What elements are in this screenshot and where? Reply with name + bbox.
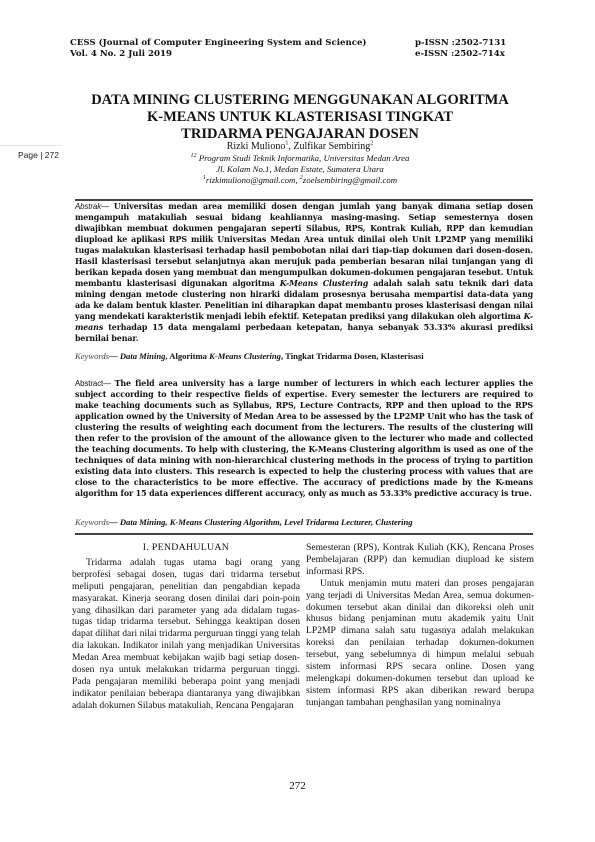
affiliation-text: Program Studi Teknik Informatika, Univer…: [199, 153, 410, 163]
abstract-english-paragraph: Abstract— The field area university has …: [75, 378, 533, 499]
keywords-id-label: Keywords: [75, 351, 109, 361]
keywords-id-term2: K-Means Clustering: [209, 351, 281, 361]
author-2: Zulfikar Sembiring: [293, 141, 370, 152]
keywords-indonesian: Keywords— Data Mining, Algoritma K-Means…: [75, 351, 533, 362]
margin-divider: [0, 145, 62, 146]
margin-page-label: Page | 272: [18, 150, 59, 160]
abstrak-italic-a: K-Means Clustering: [280, 279, 368, 288]
section-heading: I. PENDAHULUAN: [72, 542, 300, 554]
journal-name: CESS (Journal of Computer Engineering Sy…: [70, 38, 366, 49]
keywords-en-terms: Data Mining, K-Means Clustering Algorith…: [120, 517, 413, 527]
e-issn: e-ISSN :2502-714x: [415, 49, 506, 60]
abstrak-text-c: terhadap 15 data mengalami perbedaan ket…: [75, 323, 533, 343]
body-column-right: Semesteran (RPS), Kontrak Kuliah (KK), R…: [306, 542, 534, 709]
email-1[interactable]: rizkimuliono@gmail.com: [206, 175, 295, 185]
keywords-id-rest: , Tingkat Tridarma Dosen, Klasterisasi: [281, 351, 424, 361]
author-block: Rizki Muliono1, Zulfikar Sembiring2 12 P…: [60, 141, 540, 186]
title-line-2: K-MEANS UNTUK KLASTERISASI TINGKAT: [60, 109, 540, 126]
body-column-left: I. PENDAHULUAN Tridarma adalah tugas uta…: [72, 542, 300, 712]
right-paragraph-2: Untuk menjamin mutu materi dan proses pe…: [306, 578, 534, 709]
author-2-sup: 2: [370, 141, 373, 147]
abstrak-label: Abstrak: [75, 202, 101, 211]
keywords-english: Keywords— Data Mining, K-Means Clusterin…: [75, 517, 533, 528]
author-names: Rizki Muliono1, Zulfikar Sembiring2: [60, 141, 540, 153]
abstrak-paragraph: Abstrak— Universitas medan area memiliki…: [75, 201, 533, 344]
abstract-en-label: Abstract: [75, 379, 103, 388]
title-line-1: DATA MINING CLUSTERING MENGGUNAKAN ALGOR…: [60, 92, 540, 109]
right-paragraph-1: Semesteran (RPS), Kontrak Kuliah (KK), R…: [306, 542, 534, 578]
affiliation: 12 Program Studi Teknik Informatika, Uni…: [60, 153, 540, 164]
journal-volume: Vol. 4 No. 2 Juli 2019: [70, 49, 366, 60]
p-issn: p-ISSN :2502-7131: [415, 38, 506, 49]
keywords-en-dash: —: [109, 517, 120, 527]
email-2[interactable]: zoelsembiring@gmail.com: [303, 175, 397, 185]
abstrak-dash: —: [101, 202, 114, 211]
affiliation-sup: 12: [191, 153, 197, 159]
keywords-id-sep: , Algoritma: [165, 351, 209, 361]
abstrak-text-a: Universitas medan area memiliki dosen de…: [75, 202, 533, 288]
abstract-bottom-rule: [75, 533, 533, 535]
abstract-en-dash: —: [103, 379, 114, 388]
keywords-id-term1: Data Mining: [120, 351, 166, 361]
paper-title: DATA MINING CLUSTERING MENGGUNAKAN ALGOR…: [60, 92, 540, 143]
address: Jl. Kolam No.1, Medan Estate, Sumatera U…: [60, 164, 540, 175]
abstract-en-text: The field area university has a large nu…: [75, 379, 533, 498]
emails: 1rizkimuliono@gmail.com, 2zoelsembiring@…: [60, 175, 540, 186]
issn-info: p-ISSN :2502-7131 e-ISSN :2502-714x: [415, 38, 506, 60]
keywords-en-label: Keywords: [75, 517, 109, 527]
left-paragraph-1: Tridarma adalah tugas utama bagi orang y…: [72, 557, 300, 712]
page-number: 272: [0, 780, 595, 792]
keywords-id-dash: —: [109, 351, 120, 361]
journal-info: CESS (Journal of Computer Engineering Sy…: [70, 38, 366, 60]
author-1: Rizki Muliono: [227, 141, 286, 152]
